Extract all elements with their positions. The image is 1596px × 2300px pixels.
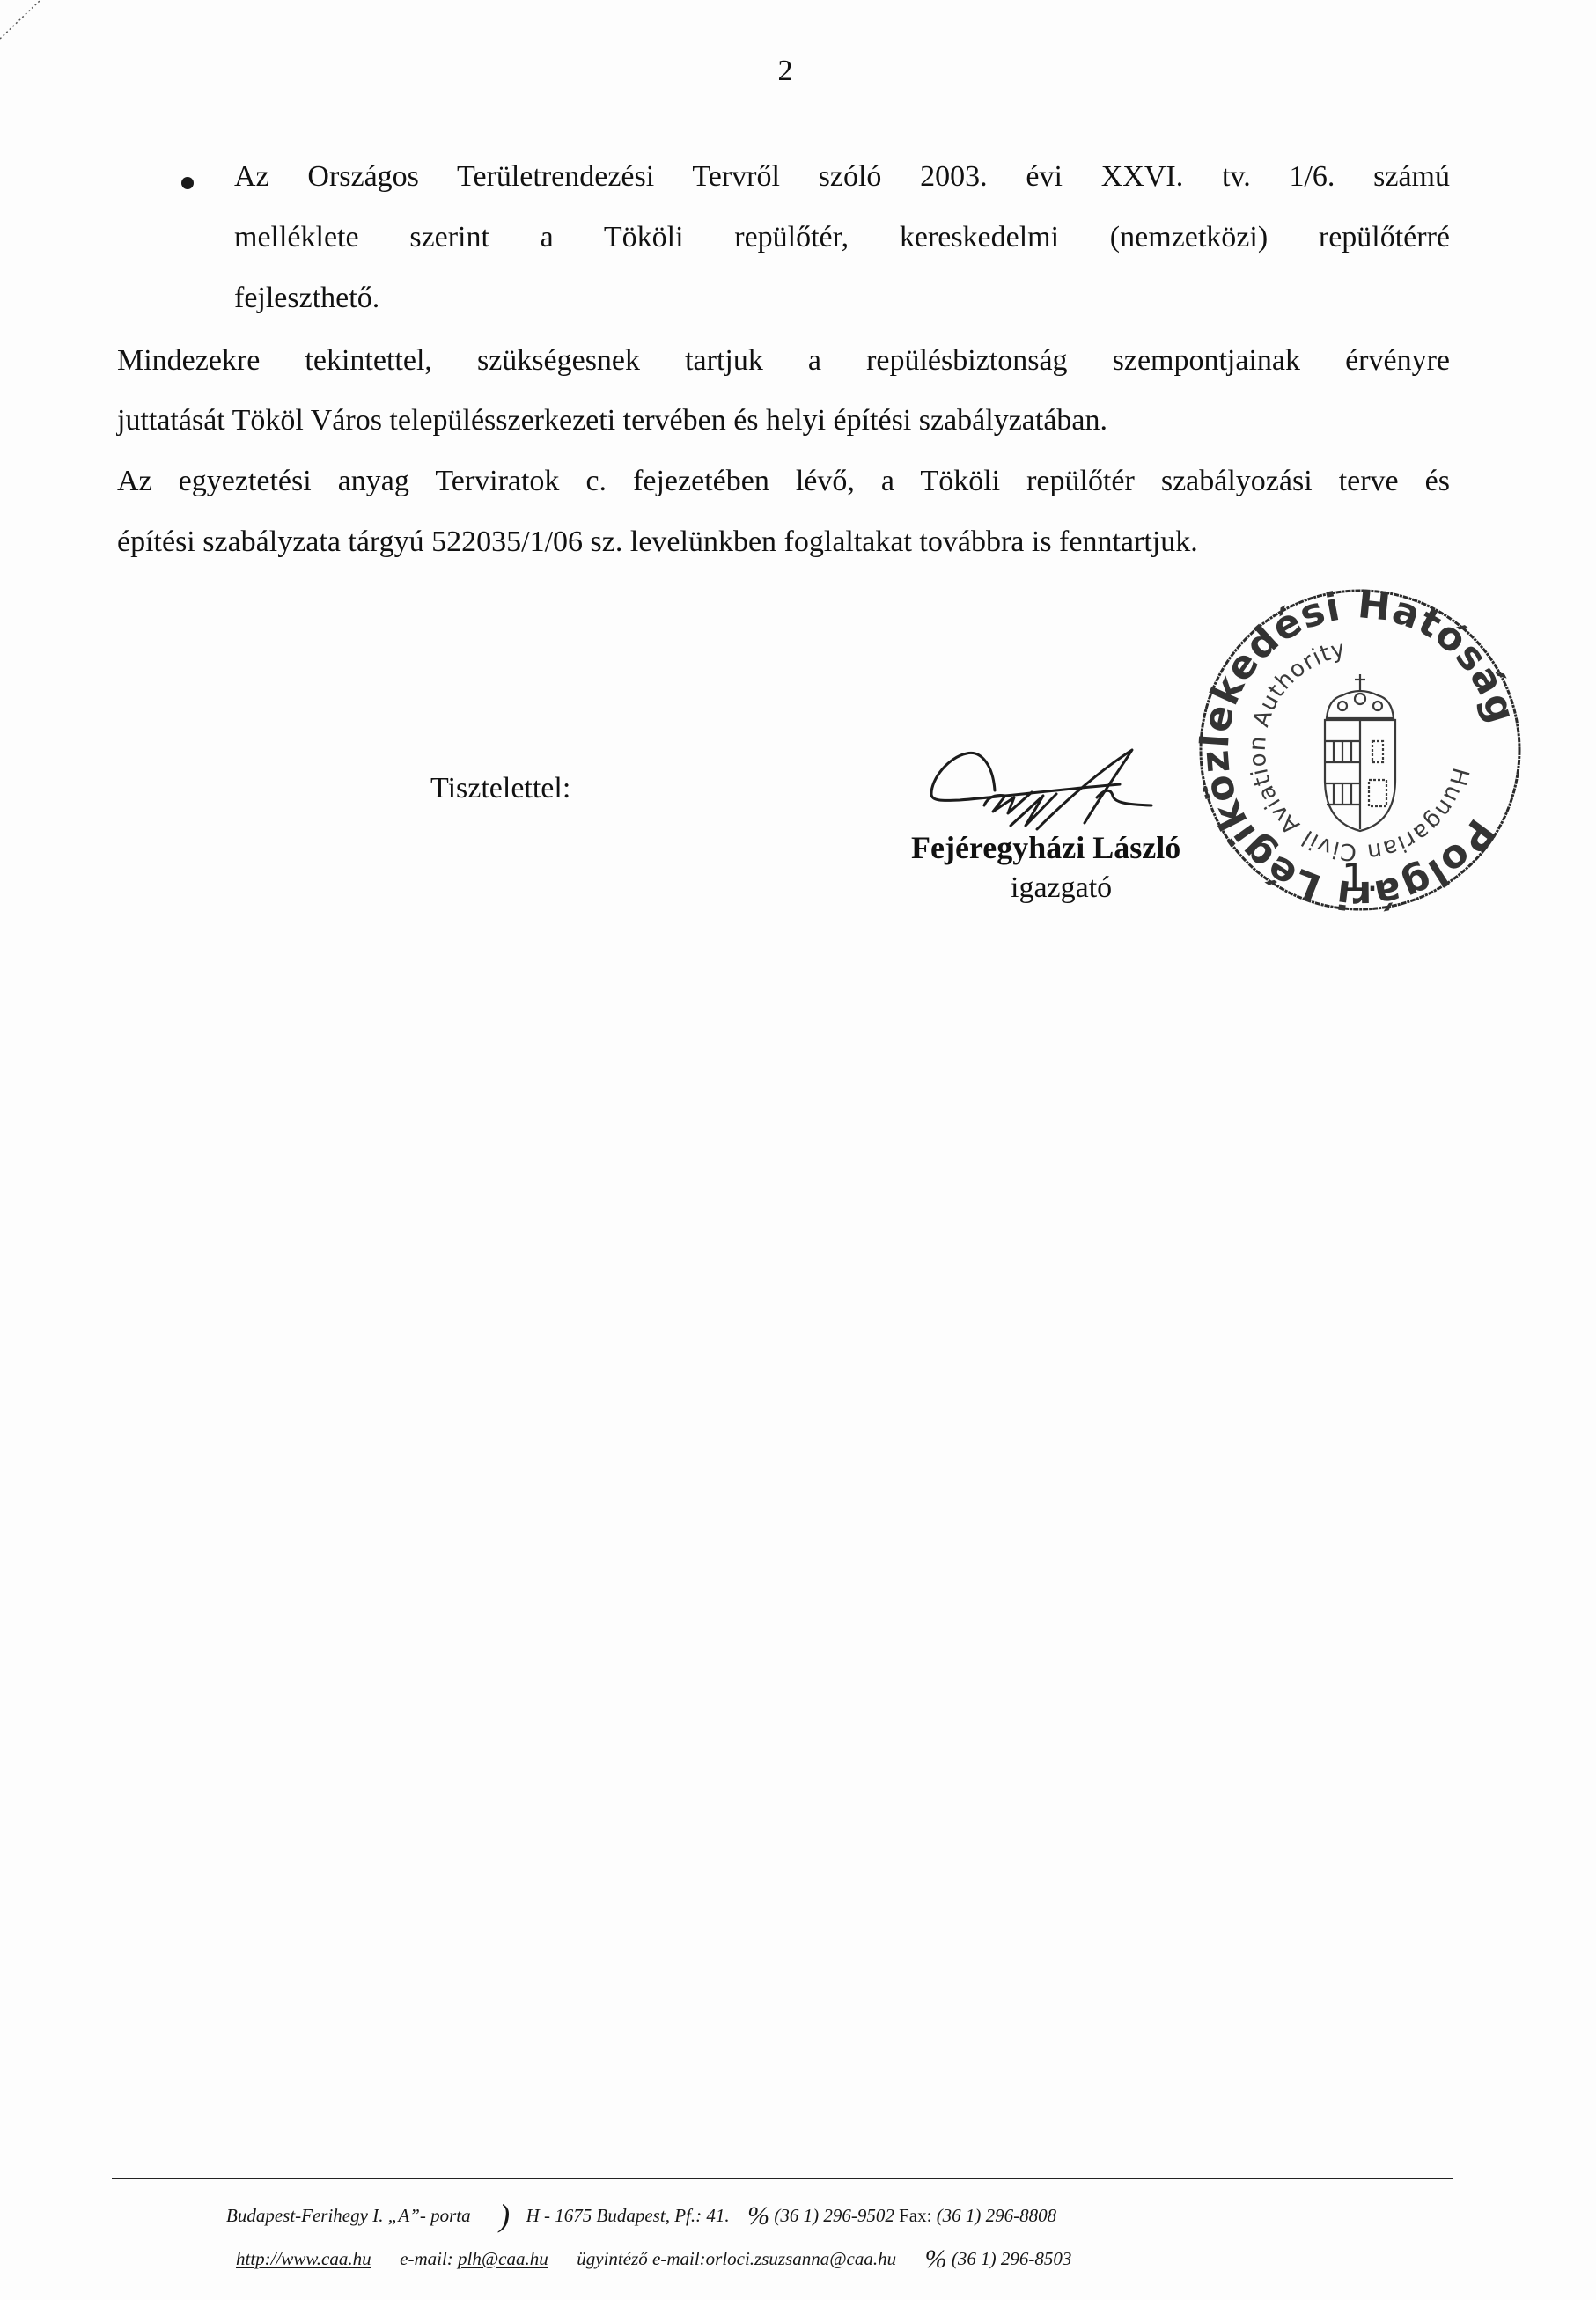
footer-case-officer-phone: (36 1) 296-8503 <box>952 2248 1071 2269</box>
footer-address-part1: Budapest-Ferihegy I. „A”- porta <box>226 2205 471 2226</box>
footer-case-officer-email[interactable]: orloci.zsuzsanna@caa.hu <box>706 2248 897 2269</box>
footer-email-label: e-mail: <box>400 2248 453 2269</box>
footer-case-officer-label: ügyintéző e-mail: <box>577 2248 705 2269</box>
footer-phone: (36 1) 296-9502 <box>774 2205 894 2226</box>
paragraph-2-line-2: építési szabályzata tárgyú 522035/1/06 s… <box>117 527 1198 557</box>
footer-bracket: ) <box>499 2198 510 2233</box>
bullet-line-2: melléklete szerint a Tököli repülőtér, k… <box>234 223 1450 253</box>
footer-fax: (36 1) 296-8808 <box>937 2205 1056 2226</box>
official-stamp: Polgári Légiközlekedési Hatóság Hungaria… <box>1196 586 1524 914</box>
page-number: 2 <box>768 56 803 86</box>
footer-email-link[interactable]: plh@caa.hu <box>458 2248 548 2269</box>
paragraph-1-line-2: juttatását Tököl Város településszerkeze… <box>117 406 1107 436</box>
phone-icon: % <box>925 2245 947 2274</box>
coat-of-arms-icon <box>1325 674 1395 831</box>
document-page: 2 Az Országos Területrendezési Tervről s… <box>0 0 1596 2300</box>
footer-address-line: Budapest-Ferihegy I. „A”- porta ) H - 16… <box>226 2207 1056 2225</box>
paragraph-1-line-1: Mindezekre tekintettel, szükségesnek tar… <box>117 346 1450 376</box>
footer-contact-line: http://www.caa.hu e-mail: plh@caa.hu ügy… <box>236 2250 1071 2268</box>
footer-fax-label: Fax: <box>899 2205 931 2226</box>
footer-address-part2: H - 1675 Budapest, Pf.: 41. <box>526 2205 730 2226</box>
footer-website-link[interactable]: http://www.caa.hu <box>236 2248 371 2269</box>
paragraph-2-line-1: Az egyeztetési anyag Terviratok c. fejez… <box>117 467 1450 496</box>
stamp-number: 1. <box>1342 856 1379 900</box>
signer-title: igazgató <box>1011 873 1112 903</box>
closing-salutation: Tisztelettel: <box>430 774 570 804</box>
bullet-line-1: Az Országos Területrendezési Tervről szó… <box>234 162 1450 192</box>
phone-icon: % <box>747 2201 769 2230</box>
bullet-icon <box>181 177 194 189</box>
footer-divider <box>112 2178 1453 2179</box>
signer-name: Fejéregyházi László <box>911 832 1180 863</box>
bullet-line-3: fejleszthető. <box>234 283 379 313</box>
scan-artifact <box>0 0 53 53</box>
